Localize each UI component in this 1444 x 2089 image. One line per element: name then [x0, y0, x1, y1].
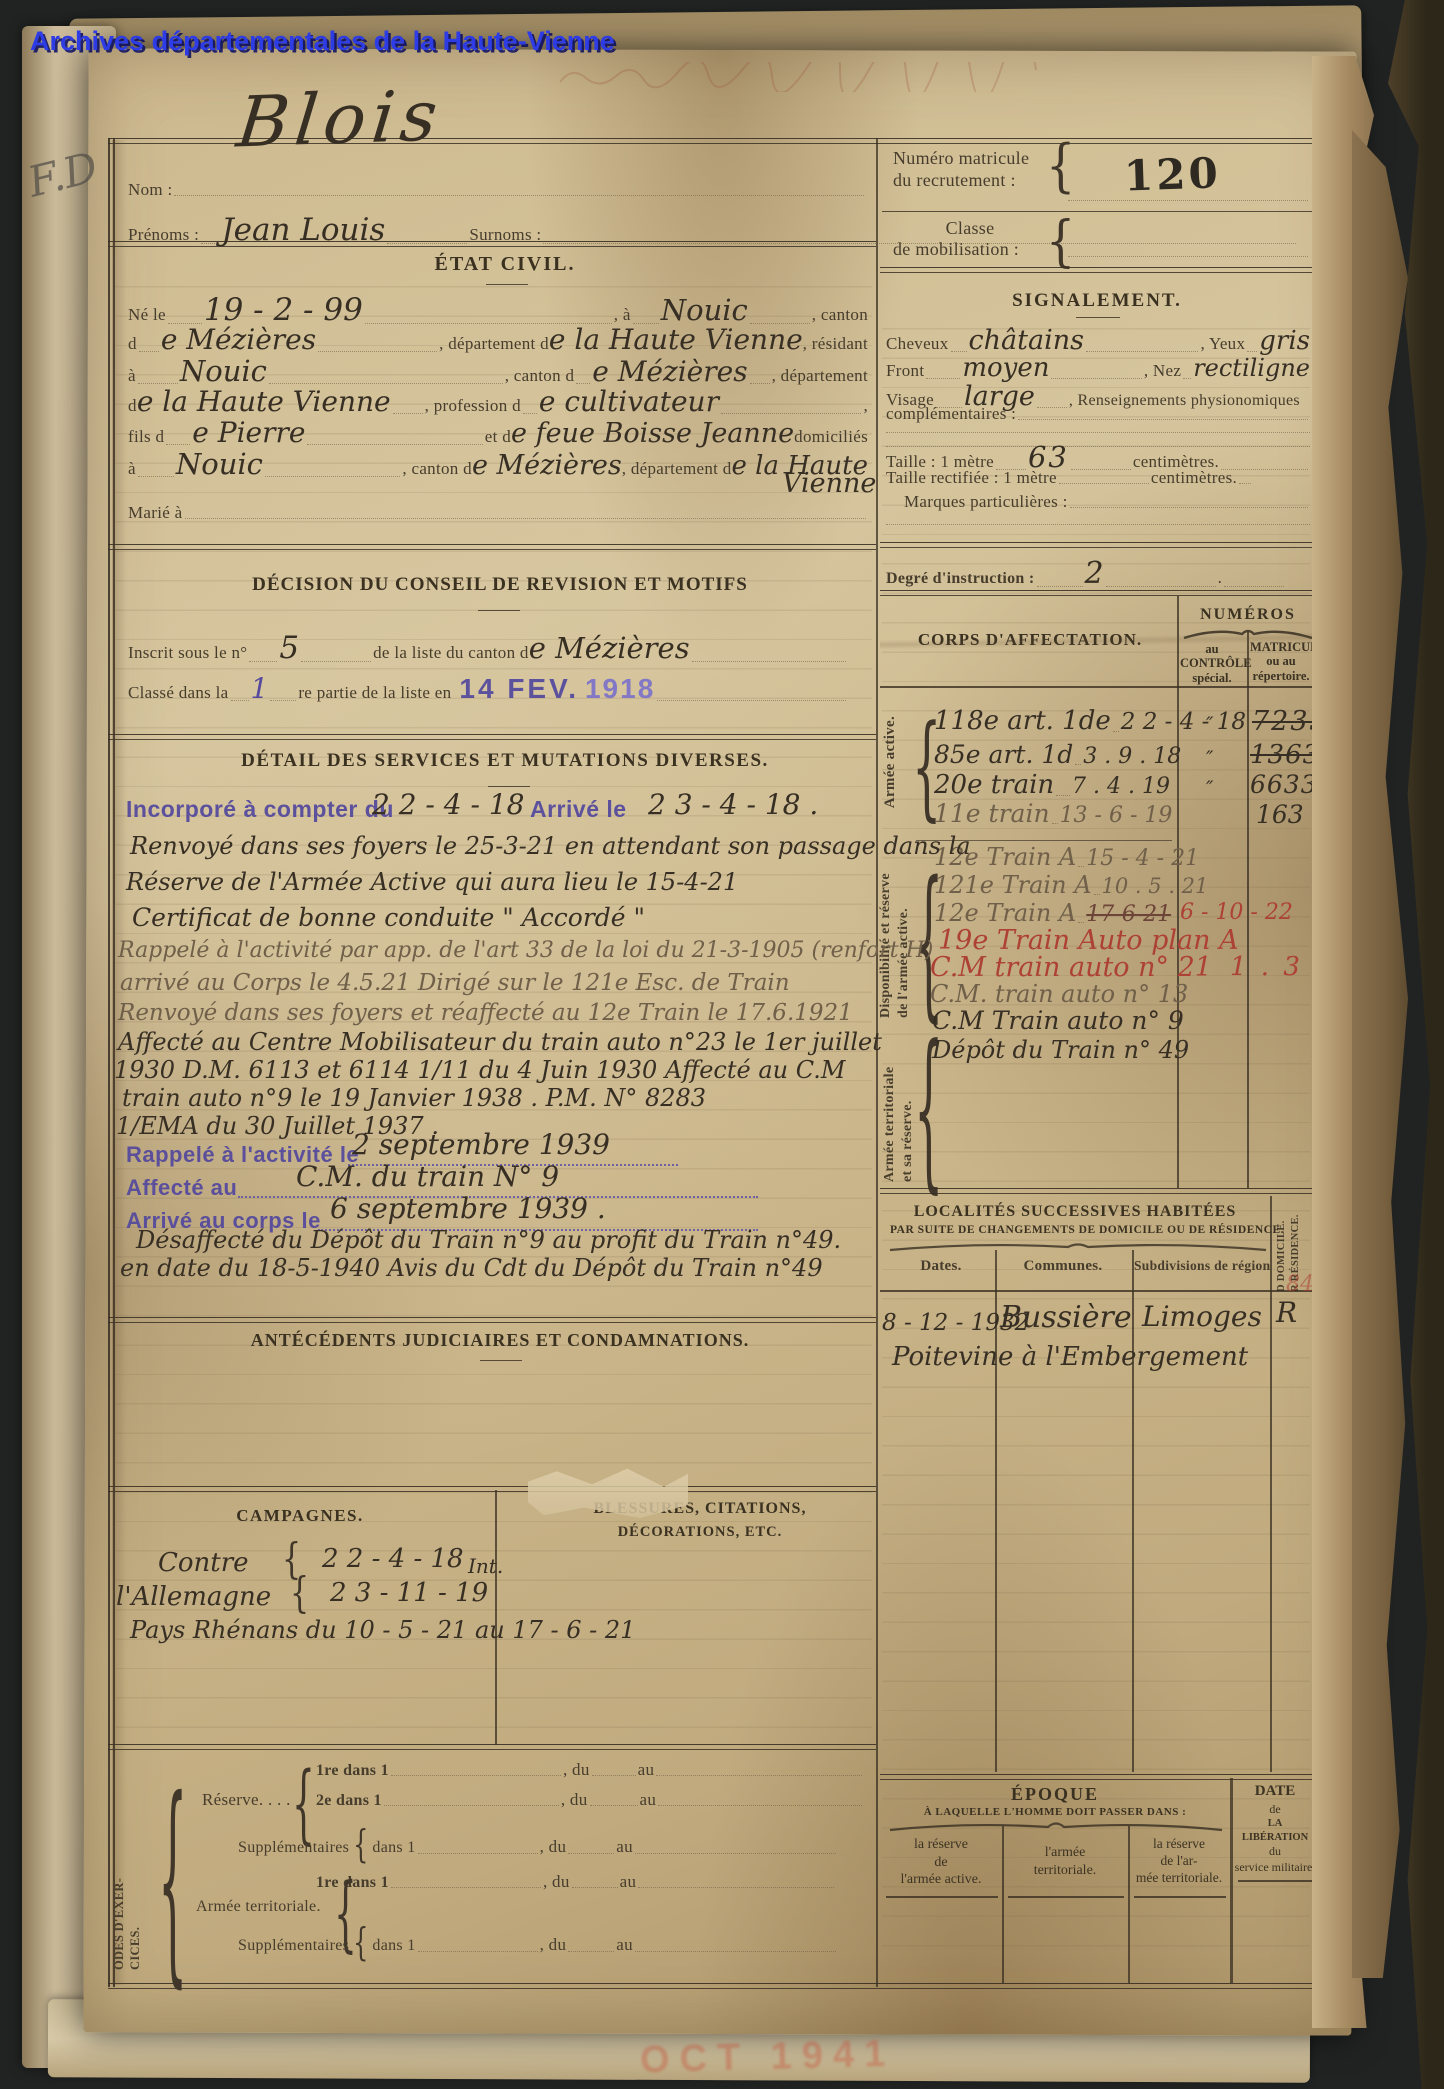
- leader: [1106, 584, 1216, 587]
- leader: [384, 1803, 559, 1806]
- epoque-subtitle: À LAQUELLE L'HOMME DOIT PASSER DANS :: [880, 1806, 1230, 1818]
- pencil-note: F.D: [23, 142, 102, 206]
- marques-row: Marques particulières :: [904, 492, 1310, 512]
- leader: [1070, 505, 1308, 508]
- dept2-label: , département: [772, 366, 868, 386]
- desaffecte-line-1: Désaffecté du Dépôt du Train n°9 au prof…: [136, 1226, 841, 1254]
- services-underline: [488, 786, 530, 787]
- corps-row: 11e train 13 - 6 - 19: [934, 799, 1170, 828]
- matricule-label-2: du recrutement :: [893, 170, 1016, 191]
- matricule-number: 120: [1123, 148, 1221, 200]
- dept-naissance: e la Haute Vienne: [549, 323, 803, 356]
- antecedents-bottom: [108, 1486, 876, 1492]
- leader: [523, 411, 537, 414]
- suppl-dans-label: dans 1: [372, 1839, 415, 1857]
- ec-line4: d e la Haute Vienne , profession d e cul…: [128, 385, 868, 418]
- corps-unit: C.M. train auto n° 13: [930, 980, 1188, 1008]
- corps-unit: 85e art. 1d: [934, 740, 1073, 769]
- affecte-stamp: Affecté au: [126, 1175, 237, 1201]
- canton-label: , canton: [812, 305, 868, 325]
- du-label: , du: [543, 1872, 570, 1892]
- leader: [301, 659, 371, 662]
- ec-line5: fils d e Pierre et d e feue Boisse Jeann…: [128, 416, 868, 449]
- nom-value: Blois: [233, 74, 447, 163]
- leader: [1056, 793, 1070, 796]
- leader: [576, 381, 590, 384]
- services-bottom: [108, 1317, 876, 1323]
- rappele-date: 2 septembre 1939: [352, 1128, 610, 1161]
- classe-row: Classé dans la 1 re partie de la liste e…: [128, 672, 848, 705]
- corps-row: 85e art. 1d 3 . 9 . 18: [934, 740, 1170, 769]
- date-l1: DATE: [1234, 1782, 1316, 1802]
- date-l5: service militaire.: [1234, 1860, 1316, 1876]
- inscrit-numero: 5: [279, 630, 299, 666]
- reserve-r2-label: 2e dans 1: [316, 1792, 382, 1810]
- reserve-r1-label: 1re dans 1: [316, 1762, 389, 1780]
- supplementaires-row-1: Supplémentaires { dans 1 , du au: [238, 1830, 838, 1858]
- nom-row: Nom :: [128, 180, 866, 200]
- incorpore-stamp: Incorporé à compter du: [126, 796, 394, 823]
- campagne-brace-2: {: [290, 1569, 309, 1618]
- leader: [1113, 729, 1119, 732]
- blank-line: [886, 432, 1310, 433]
- au-label: au: [620, 1872, 637, 1892]
- disponibilite-label-1: Disponibilité et réserve: [878, 848, 894, 1018]
- corps-unit: 20e train: [934, 770, 1054, 800]
- antecedents-underline: [480, 1360, 522, 1361]
- ec-line3: à Nouic , canton d e Mézières , départem…: [128, 354, 868, 388]
- col-controle-header: au CONTRÔLE spécial.: [1180, 642, 1244, 685]
- service-line: arrivé au Corps le 4.5.21 Dirigé sur le …: [120, 970, 790, 996]
- antecedents-title: ANTÉCÉDENTS JUDICIAIRES ET CONDAMNATIONS…: [140, 1330, 860, 1351]
- yeux-label: , Yeux: [1200, 334, 1245, 354]
- signalement-title: SIGNALEMENT.: [882, 290, 1312, 312]
- taille2-label: Taille rectifiée : 1 mètre: [886, 468, 1057, 488]
- leader: [265, 474, 401, 477]
- dept-domicile-2: Vienne: [782, 468, 876, 499]
- campagnes-title: CAMPAGNES.: [180, 1506, 420, 1526]
- suppl-brace: {: [353, 1822, 368, 1867]
- leader: [1051, 376, 1141, 379]
- campagne-contre: Contre: [158, 1548, 249, 1578]
- d-label: d: [128, 334, 137, 354]
- etat-civil-bottom: [108, 544, 876, 550]
- classe-label-1: Classe: [900, 218, 1040, 239]
- territoriale-row-1: 1re dans 1 , du au: [316, 1872, 836, 1892]
- leader: [318, 349, 437, 352]
- fils-label: fils d: [128, 427, 164, 447]
- corps-row: 20e train 7 . 4 . 19: [934, 770, 1170, 800]
- au-label: au: [640, 1790, 657, 1810]
- red-margin-note: 84: [1286, 1272, 1314, 1297]
- partie-label: re partie de la liste en: [298, 683, 451, 703]
- col-matricule-l2: ou au: [1250, 654, 1312, 668]
- form-bottom-border: [108, 1983, 1321, 1989]
- leader: [1059, 481, 1149, 484]
- inscrit-row: Inscrit sous le n° 5 de la liste du cant…: [128, 630, 848, 666]
- corps-row: 121e Train A 10 . 5 . 21: [934, 871, 1170, 899]
- a-label: , à: [614, 305, 631, 325]
- canton-naissance: e Mézières: [161, 323, 316, 356]
- localites-row-commune: Bussière: [1000, 1300, 1132, 1335]
- matricule-label-1: Numéro matricule: [893, 148, 1029, 169]
- leader: [692, 659, 846, 662]
- date-l4: du: [1234, 1844, 1316, 1860]
- center-divider: [876, 138, 878, 1987]
- leader: [926, 376, 960, 379]
- dept3-label: , département d: [622, 459, 732, 479]
- commune-naissance: Nouic: [661, 293, 748, 327]
- ne-le-label: Né le: [128, 305, 166, 325]
- taille-rectifiee-row: Taille rectifiée : 1 mètre centimètres.: [886, 468, 1310, 488]
- leader: [307, 442, 482, 445]
- matricule-brace: {: [1046, 131, 1075, 199]
- stamp-date-14fev: 14 FEV.: [459, 673, 579, 705]
- leader: [166, 442, 190, 445]
- leader: [138, 474, 174, 477]
- col-controle-l3: spécial.: [1180, 671, 1244, 685]
- marques-label: Marques particulières :: [904, 492, 1068, 512]
- corps-row: 12e Train A 17-6-21: [934, 899, 1170, 927]
- name-box-bottom: [108, 241, 876, 247]
- corps-header-rule: [880, 686, 1320, 688]
- degre-label: Degré d'instruction :: [886, 570, 1035, 588]
- cm-label-2: centimètres.: [1151, 468, 1237, 488]
- canton-residence: e Mézières: [592, 355, 747, 388]
- du-label: , du: [561, 1790, 588, 1810]
- leader: [1078, 864, 1084, 867]
- supplementaires-row-2: Supplémentaires { dans 1 , du au: [238, 1928, 838, 1956]
- campagne-rhenans: Pays Rhénans du 10 - 5 - 21 au 17 - 6 - …: [130, 1616, 635, 1644]
- epoque-divider-1: [1002, 1826, 1004, 1983]
- mere-value: e feue Boisse Jeanne: [511, 418, 794, 449]
- suppl-brace: {: [353, 1920, 368, 1965]
- epoque-col1-l2: de: [884, 1854, 998, 1872]
- cheveux-value: châtains: [969, 325, 1084, 356]
- epoque-col2-l1: l'armée: [1006, 1844, 1124, 1862]
- leader: [1086, 349, 1199, 352]
- leader: [572, 1885, 618, 1888]
- reserve-row-1: 1re dans 1 , du au: [316, 1760, 864, 1780]
- territoriale-label-1: Armée territoriale: [882, 1022, 898, 1182]
- corps-ctrl: ″: [1206, 776, 1213, 800]
- partie-value: 1: [251, 672, 269, 705]
- classe-brace: {: [1046, 209, 1075, 274]
- arrive-stamp: Arrivé le: [530, 796, 627, 823]
- incorpore-date: 2 2 - 4 - 18: [372, 788, 525, 821]
- epoque-col3-l2: de l'ar-: [1130, 1853, 1228, 1870]
- service-line: Rappelé à l'activité par app. de l'art 3…: [118, 938, 933, 963]
- epoque-col-2: l'armée territoriale.: [1006, 1844, 1124, 1879]
- leader: [1078, 920, 1084, 923]
- complementaires-label: complémentaires :: [886, 404, 1016, 424]
- classe-label-2: de mobilisation :: [893, 239, 1019, 260]
- corps-date-red: 6 - 10 - 22: [1180, 900, 1293, 925]
- domicile-value: Nouic: [176, 447, 263, 481]
- archive-banner: Archives départementales de la Haute-Vie…: [30, 26, 615, 57]
- decision-underline: [478, 610, 520, 611]
- epoque-col-1: la réserve de l'armée active.: [884, 1836, 998, 1889]
- crease-vertical-binding: [112, 140, 126, 1985]
- du-label: , du: [563, 1760, 590, 1780]
- epoque-header-rule-3: [1134, 1896, 1226, 1898]
- date-l3: LA LIBÉRATION: [1234, 1817, 1316, 1844]
- leader: [270, 698, 296, 701]
- etat-civil-title: ÉTAT CIVIL.: [330, 253, 680, 276]
- virgule: ,: [863, 396, 868, 416]
- leader: [1224, 584, 1284, 587]
- a3-label: à: [128, 459, 136, 479]
- corps-date-struck: 17-6-21: [1086, 902, 1171, 927]
- epoque-divider-2: [1128, 1826, 1130, 1983]
- leader: [635, 1851, 836, 1854]
- epoque-header-rule-4: [1238, 1880, 1314, 1882]
- localites-row-subdivision: Limoges: [1142, 1300, 1262, 1333]
- etat-civil-underline: [486, 284, 528, 285]
- epoque-top-rule: [880, 1774, 1320, 1780]
- campagne-allemagne: l'Allemagne: [116, 1582, 271, 1612]
- epoque-brace: [888, 1820, 1224, 1832]
- reserve-label: Réserve. . . .: [202, 1790, 291, 1810]
- dept-label: , département d: [439, 334, 549, 354]
- epoque-col1-l3: l'armée active.: [884, 1871, 998, 1889]
- group-disponibilite: Disponibilité et réserve de l'armée acti…: [878, 848, 912, 1018]
- cheveux-row: Cheveux châtains , Yeux gris: [886, 325, 1310, 356]
- localites-brace: [888, 1240, 1268, 1252]
- corps-unit: C.M Train auto n° 9: [932, 1006, 1184, 1035]
- localites-col-subdivisions: Subdivisions de région: [1134, 1258, 1268, 1274]
- leader: [1239, 481, 1251, 484]
- au-label: au: [616, 1935, 633, 1955]
- periodes-rot-2: CICES.: [128, 1800, 143, 1970]
- col-controle-l2: CONTRÔLE: [1180, 656, 1244, 670]
- residence: Nouic: [180, 354, 267, 388]
- corps-date: 10 . 5 . 21: [1102, 874, 1209, 898]
- service-line: Certificat de bonne conduite " Accordé ": [132, 903, 645, 932]
- localites-row-commune-2: Poitevine à l'Embergement: [892, 1342, 1248, 1372]
- leader: [592, 1773, 636, 1776]
- service-line: 1930 D.M. 6113 et 6114 1/11 du 4 Juin 19…: [114, 1056, 845, 1084]
- canton-domicile: e Mézières: [472, 450, 622, 481]
- corps-date: 13 - 6 - 19: [1060, 803, 1173, 828]
- classe-leader: [1068, 256, 1308, 257]
- leader: [269, 381, 503, 384]
- leader: [590, 1803, 638, 1806]
- inscrit-label: Inscrit sous le n°: [128, 643, 247, 663]
- service-line: Affecté au Centre Mobilisateur du train …: [118, 1028, 882, 1056]
- corps-unit: 11e train: [934, 799, 1050, 828]
- group-armee-active: Armée active.: [882, 716, 899, 816]
- reserve-row-2: 2e dans 1 , du au: [316, 1790, 864, 1810]
- localites-col-communes: Communes.: [998, 1258, 1128, 1275]
- service-line: Renvoyé dans ses foyers le 25-3-21 en at…: [130, 832, 971, 860]
- resident-label: , résidant: [803, 334, 868, 354]
- leader: [391, 1773, 561, 1776]
- leader: [750, 381, 770, 384]
- localites-col-dates: Dates.: [888, 1258, 994, 1275]
- front-row: Front moyen , Nez rectiligne: [886, 353, 1310, 383]
- suppl-dans-label: dans 1: [372, 1937, 415, 1955]
- col-matricule-l3: répertoire.: [1250, 669, 1312, 683]
- campagne-date-1: 2 2 - 4 - 18: [322, 1544, 464, 1574]
- stamp-annee-1918: 1918: [585, 673, 655, 705]
- canton-liste: e Mézières: [529, 631, 690, 665]
- nom-label: Nom :: [128, 180, 172, 200]
- ec-line2: d e Mézières , département d e la Haute …: [128, 323, 868, 356]
- complementaires-row: complémentaires :: [886, 404, 1310, 424]
- epoque-divider-date: [1230, 1778, 1233, 1983]
- leader: [1018, 417, 1308, 420]
- territoriale-label: Armée territoriale.: [196, 1898, 321, 1916]
- ruling-right: [882, 300, 1310, 1970]
- corps-date: 2 2 - 4 - 18: [1121, 709, 1246, 735]
- ghost-date-stamp: OCT 1941: [639, 2033, 895, 2083]
- signalement-bottom: [880, 542, 1320, 548]
- epoque-col-3: la réserve de l'ar- mée territoriale.: [1130, 1836, 1228, 1887]
- epoque-title: ÉPOQUE: [880, 1784, 1230, 1805]
- leader: [231, 698, 249, 701]
- leader: [249, 659, 277, 662]
- corps-date: 3 . 9 . 18: [1083, 744, 1181, 769]
- affecte-value: C.M. du train N° 9: [296, 1160, 559, 1193]
- dept-residence: e la Haute Vienne: [137, 385, 391, 418]
- nez-label: , Nez: [1144, 361, 1181, 381]
- campagne-date-2: 2 3 - 11 - 19: [330, 1578, 488, 1608]
- corps-ctrl: ″: [1206, 746, 1213, 770]
- d2-label: d: [128, 396, 137, 416]
- degre-bottom: [880, 590, 1320, 596]
- yeux-value: gris: [1259, 326, 1310, 356]
- du-label: , du: [540, 1837, 567, 1857]
- leader: [1247, 349, 1257, 352]
- localites-header-rule: [880, 1290, 1320, 1292]
- leader: [418, 1851, 538, 1854]
- numeros-title: NUMÉROS: [1180, 606, 1316, 624]
- corps-ctrl: ″: [1206, 712, 1213, 736]
- blank-line: [886, 524, 1310, 525]
- epoque-col1-l1: la réserve: [884, 1836, 998, 1854]
- leader: [656, 1773, 862, 1776]
- leader: [139, 349, 159, 352]
- localites-divider-3: [1270, 1196, 1272, 1772]
- supplementaires-label: Supplémentaires: [238, 1937, 349, 1955]
- faded-ink-scribble: [560, 62, 1100, 92]
- canton2-label: , canton d: [505, 366, 575, 386]
- corps-unit: 121e Train A: [934, 871, 1092, 899]
- leader: [721, 411, 861, 414]
- leader: [635, 1949, 836, 1952]
- au-label: au: [638, 1760, 655, 1780]
- leader: [1183, 376, 1191, 379]
- corps-row: 118e art. 1de 2 2 - 4 - 18: [934, 706, 1170, 736]
- canton3-label: , canton d: [402, 459, 472, 479]
- degre-value: 2: [1085, 556, 1104, 591]
- decision-bottom: [108, 734, 876, 740]
- domicilies-label: domiciliés: [794, 427, 868, 447]
- profession-label: , profession d: [425, 396, 521, 416]
- leader: [185, 516, 867, 519]
- date-l2: de: [1234, 1802, 1316, 1818]
- marie-label: Marié à: [128, 503, 183, 523]
- leader: [657, 698, 846, 701]
- leader: [138, 381, 178, 384]
- leader: [391, 1885, 541, 1888]
- leader: [393, 411, 423, 414]
- matricule-leader: [1068, 200, 1308, 201]
- arrive-corps-date: 6 septembre 1939 .: [330, 1192, 606, 1225]
- service-line: Réserve de l'Armée Active qui aura lieu …: [126, 868, 738, 896]
- arrive-date: 2 3 - 4 - 18 .: [648, 788, 818, 821]
- et-label: et d: [485, 427, 511, 447]
- du-label: , du: [540, 1935, 567, 1955]
- group-territoriale: Armée territoriale et sa réserve.: [882, 1022, 916, 1182]
- corps-unit: Dépôt du Train n° 49: [932, 1036, 1189, 1064]
- blessures-title-2: DÉCORATIONS, ETC.: [540, 1524, 860, 1541]
- localites-subtitle: PAR SUITE DE CHANGEMENTS DE DOMICILE OU …: [890, 1224, 1260, 1236]
- matricule-box-bottom: [880, 267, 1320, 273]
- leader: [1094, 892, 1100, 895]
- leader: [418, 1949, 538, 1952]
- leader: [1052, 821, 1058, 824]
- corps-date: 7 . 4 . 19: [1072, 774, 1170, 799]
- campagnes-bottom: [108, 1744, 876, 1750]
- front-label: Front: [886, 361, 924, 381]
- campagne-date-1b: Int.: [468, 1554, 503, 1578]
- pere-value: e Pierre: [192, 416, 305, 449]
- leader: [1075, 762, 1081, 765]
- corps-unit: 12e Train A: [934, 899, 1076, 927]
- leader: [638, 1885, 834, 1888]
- disponibilite-label-2: de l'armée active.: [896, 848, 912, 1018]
- localites-row-dr: R: [1276, 1296, 1297, 1329]
- degre-point: .: [1218, 568, 1223, 588]
- front-value: moyen: [962, 353, 1049, 383]
- localites-divider-2: [1132, 1250, 1134, 1772]
- decision-title: DÉCISION DU CONSEIL DE REVISION ET MOTIF…: [140, 574, 860, 596]
- degre-row: Degré d'instruction : 2 .: [886, 556, 1310, 591]
- corps-date: 15 - 4 - 21: [1086, 846, 1199, 871]
- profession-value: e cultivateur: [539, 385, 719, 418]
- localites-title: LOCALITÉS SUCCESSIVES HABITÉES: [890, 1203, 1260, 1221]
- service-line: Renvoyé dans ses foyers et réaffecté au …: [118, 1000, 853, 1026]
- matricule-separator: [882, 211, 1312, 212]
- epoque-col3-l1: la réserve: [1130, 1836, 1228, 1853]
- corps-unit: 118e art. 1de: [934, 706, 1111, 736]
- cheveux-label: Cheveux: [886, 334, 949, 354]
- desaffecte-line-2: en date du 18-5-1940 Avis du Cdt du Dépô…: [120, 1254, 823, 1282]
- liste-label: de la liste du canton d: [373, 643, 529, 663]
- supplementaires-label: Supplémentaires: [238, 1839, 349, 1857]
- nom-leader: [174, 193, 864, 196]
- epoque-header-rule-2: [1008, 1896, 1124, 1898]
- leader: [568, 1949, 614, 1952]
- armee-active-label: Armée active.: [882, 716, 899, 808]
- leader: [1037, 584, 1083, 587]
- services-title: DÉTAIL DES SERVICES ET MUTATIONS DIVERSE…: [150, 750, 860, 772]
- leader: [568, 1851, 614, 1854]
- nez-value: rectiligne: [1193, 354, 1310, 382]
- col-matricule-header: MATRICULE ou au répertoire.: [1250, 640, 1312, 683]
- epoque-date-col: DATE de LA LIBÉRATION du service militai…: [1234, 1782, 1316, 1876]
- ec-line6: à Nouic , canton d e Mézières , départem…: [128, 447, 868, 481]
- signalement-underline: [1076, 317, 1120, 318]
- leader: [658, 1803, 862, 1806]
- epoque-col2-l2: territoriale.: [1006, 1862, 1124, 1880]
- classe-dans-label: Classé dans la: [128, 683, 229, 703]
- marie-row: Marié à: [128, 503, 868, 523]
- leader: [951, 349, 967, 352]
- corps-unit-red: C.M train auto n° 21: [930, 952, 1212, 983]
